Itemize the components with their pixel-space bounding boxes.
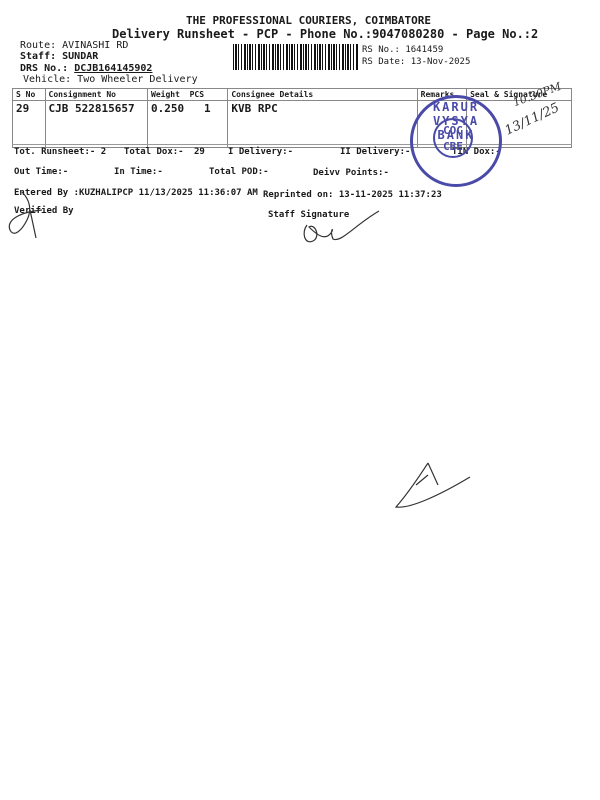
runsheet-subtitle: Delivery Runsheet - PCP - Phone No.:9047… (112, 27, 538, 41)
cell-consignment: CJB 522815657 (45, 101, 147, 148)
ii-delivery: II Delivery:- (340, 147, 410, 157)
total-dox-value: 29 (194, 147, 205, 157)
col-weight-pcs: Weight PCS (148, 89, 228, 101)
col-consignment: Consignment No (45, 89, 147, 101)
drs-number: DRS No.: DCJB164145902 (20, 63, 152, 74)
col-consignee: Consignee Details (228, 89, 417, 101)
stamp-center: COC CBE (433, 118, 473, 158)
total-pod: Total POD:- (209, 167, 269, 177)
delivery-points: Deivv Points:- (313, 168, 389, 178)
staff-label: Staff: SUNDAR (20, 51, 98, 62)
staff-signature-icon (295, 205, 385, 250)
vehicle-label: Vehicle: Two Wheeler Delivery (23, 74, 198, 85)
i-delivery: I Delivery:- (228, 147, 293, 157)
route-label: Route: AVINASHI RD (20, 40, 128, 51)
rs-number: RS No.: 1641459 (362, 45, 443, 55)
table-header-row: S No Consignment No Weight PCS Consignee… (13, 89, 572, 101)
reprinted-on: Reprinted on: 13-11-2025 11:37:23 (263, 190, 442, 200)
total-runsheet: Tot. Runsheet:- 2 (14, 147, 106, 157)
rs-date: RS Date: 13-Nov-2025 (362, 57, 470, 67)
cell-sno: 29 (13, 101, 46, 148)
verifier-signature-icon (2, 190, 62, 250)
cell-weight-pcs: 0.250 1 (148, 101, 228, 148)
company-title: THE PROFESSIONAL COURIERS, COIMBATORE (186, 14, 431, 27)
pen-mark-icon (390, 455, 480, 525)
out-time: Out Time:- (14, 167, 68, 177)
cell-consignee: KVB RPC (228, 101, 417, 148)
drs-label: DRS No.: (20, 63, 74, 74)
col-sno: S No (13, 89, 46, 101)
stamp-center-line2: CBE (435, 139, 471, 155)
barcode (233, 44, 358, 70)
total-dox-label: Total Dox:- (124, 147, 184, 157)
in-time: In Time:- (114, 167, 163, 177)
drs-value: DCJB164145902 (74, 63, 152, 74)
stamp-center-line1: COC (435, 123, 471, 139)
bank-stamp: KARUR VYSYA BANK COC CBE (410, 95, 502, 187)
